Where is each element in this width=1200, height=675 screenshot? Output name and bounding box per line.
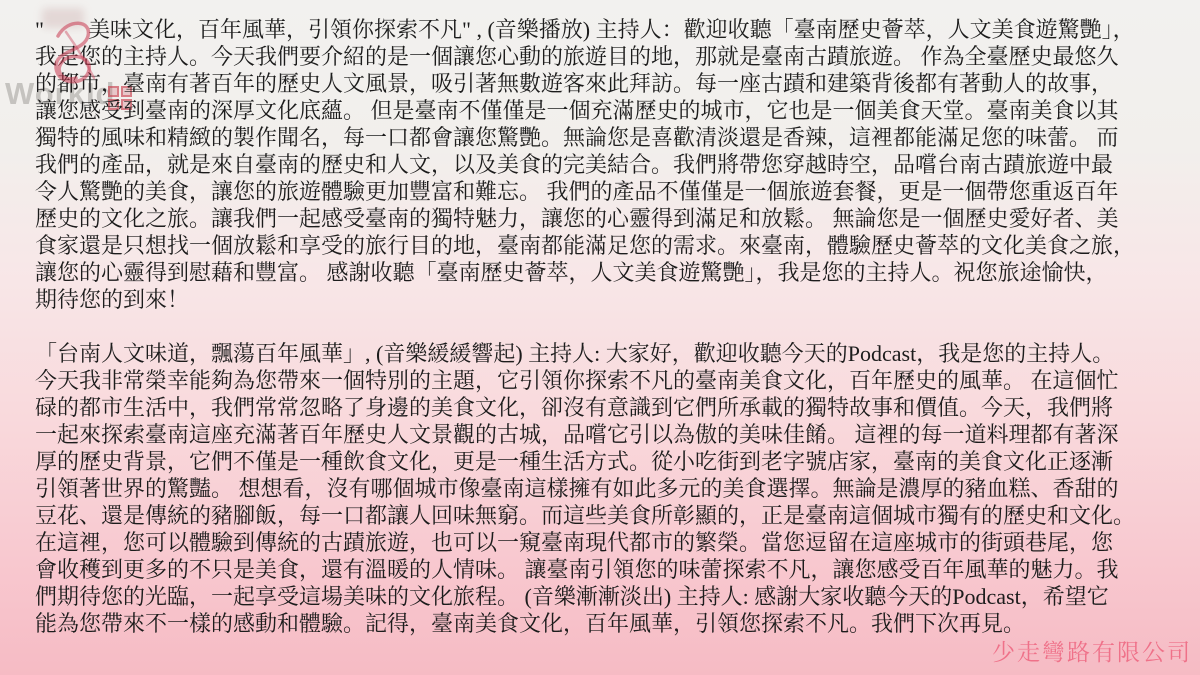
paragraph-gap <box>35 313 1188 340</box>
script-line: 在這裡，您可以體驗到傳統的古蹟旅遊，也可以一窺臺南現代都市的繁榮。當您逗留在這座… <box>35 529 1188 556</box>
script-line: 讓您的心靈得到慰藉和豐富。 感謝收聽「臺南歷史薈萃，人文美食遊驚艷」，我是您的主… <box>35 259 1188 286</box>
red-scribble-annotation <box>42 12 112 92</box>
script-line: 能為您帶來不一樣的感動和體驗。記得，臺南美食文化，百年風華，引領您探索不凡。我們… <box>35 610 1188 637</box>
slide-background: WorkId " 美味文化，百年風華，引領你探索不凡" , (音樂播放) 主持人… <box>0 0 1200 675</box>
company-watermark: 少走彎路有限公司 <box>992 634 1192 667</box>
script-line: 會收穫到更多的不只是美食，還有溫暖的人情味。 讓臺南引領您的味蕾探索不凡，讓您感… <box>35 556 1188 583</box>
script-line: 碌的都市生活中，我們常常忽略了身邊的美食文化，卻沒有意識到它們所承載的獨特故事和… <box>35 394 1188 421</box>
podcast-script-block: " 美味文化，百年風華，引領你探索不凡" , (音樂播放) 主持人：歡迎收聽「臺… <box>35 16 1188 637</box>
script-line: 豆花、還是傳統的豬腳飯，每一口都讓人回味無窮。而這些美食所彰顯的，正是臺南這個城… <box>35 502 1188 529</box>
script-line: 我是您的主持人。今天我們要介紹的是一個讓您心動的旅遊目的地，那就是臺南古蹟旅遊。… <box>35 43 1188 70</box>
script-line: 「台南人文味道，飄蕩百年風華」, (音樂緩緩響起) 主持人: 大家好，歡迎收聽今… <box>35 340 1188 367</box>
podcast-script-2: 「台南人文味道，飄蕩百年風華」, (音樂緩緩響起) 主持人: 大家好，歡迎收聽今… <box>35 340 1188 637</box>
script-line: 厚的歷史背景，它們不僅是一種飲食文化，更是一種生活方式。從小吃街到老字號店家，臺… <box>35 448 1188 475</box>
script-line: 令人驚艷的美食，讓您的旅遊體驗更加豐富和難忘。 我們的產品不僅僅是一個旅遊套餐，… <box>35 178 1188 205</box>
script-line: " 美味文化，百年風華，引領你探索不凡" , (音樂播放) 主持人：歡迎收聽「臺… <box>35 16 1188 43</box>
podcast-script-1: " 美味文化，百年風華，引領你探索不凡" , (音樂播放) 主持人：歡迎收聽「臺… <box>35 16 1188 313</box>
script-line: 一起來探索臺南這座充滿著百年歷史人文景觀的古城，品嚐它引以為傲的美味佳餚。 這裡… <box>35 421 1188 448</box>
script-line: 引領著世界的驚豔。 想想看，沒有哪個城市像臺南這樣擁有如此多元的美食選擇。無論是… <box>35 475 1188 502</box>
script-line: 今天我非常榮幸能夠為您帶來一個特別的主題，它引領你探索不凡的臺南美食文化，百年歷… <box>35 367 1188 394</box>
script-line: 食家還是只想找一個放鬆和享受的旅行目的地，臺南都能滿足您的需求。來臺南，體驗歷史… <box>35 232 1188 259</box>
script-line: 我們的產品，就是來自臺南的歷史和人文，以及美食的完美結合。我們將帶您穿越時空，品… <box>35 151 1188 178</box>
script-line: 歷史的文化之旅。讓我們一起感受臺南的獨特魅力，讓您的心靈得到滿足和放鬆。 無論您… <box>35 205 1188 232</box>
script-line: 們期待您的光臨，一起享受這場美味的文化旅程。 (音樂漸漸淡出) 主持人: 感謝大… <box>35 583 1188 610</box>
script-line: 獨特的風味和精緻的製作聞名，每一口都會讓您驚艷。無論您是喜歡清淡還是香辣，這裡都… <box>35 124 1188 151</box>
script-line: 期待您的到來！ <box>35 286 1188 313</box>
script-line: 讓您感受到臺南的深厚文化底蘊。 但是臺南不僅僅是一個充滿歷史的城市，它也是一個美… <box>35 97 1188 124</box>
script-line: 的都市，臺南有著百年的歷史人文風景，吸引著無數遊客來此拜訪。每一座古蹟和建築背後… <box>35 70 1188 97</box>
